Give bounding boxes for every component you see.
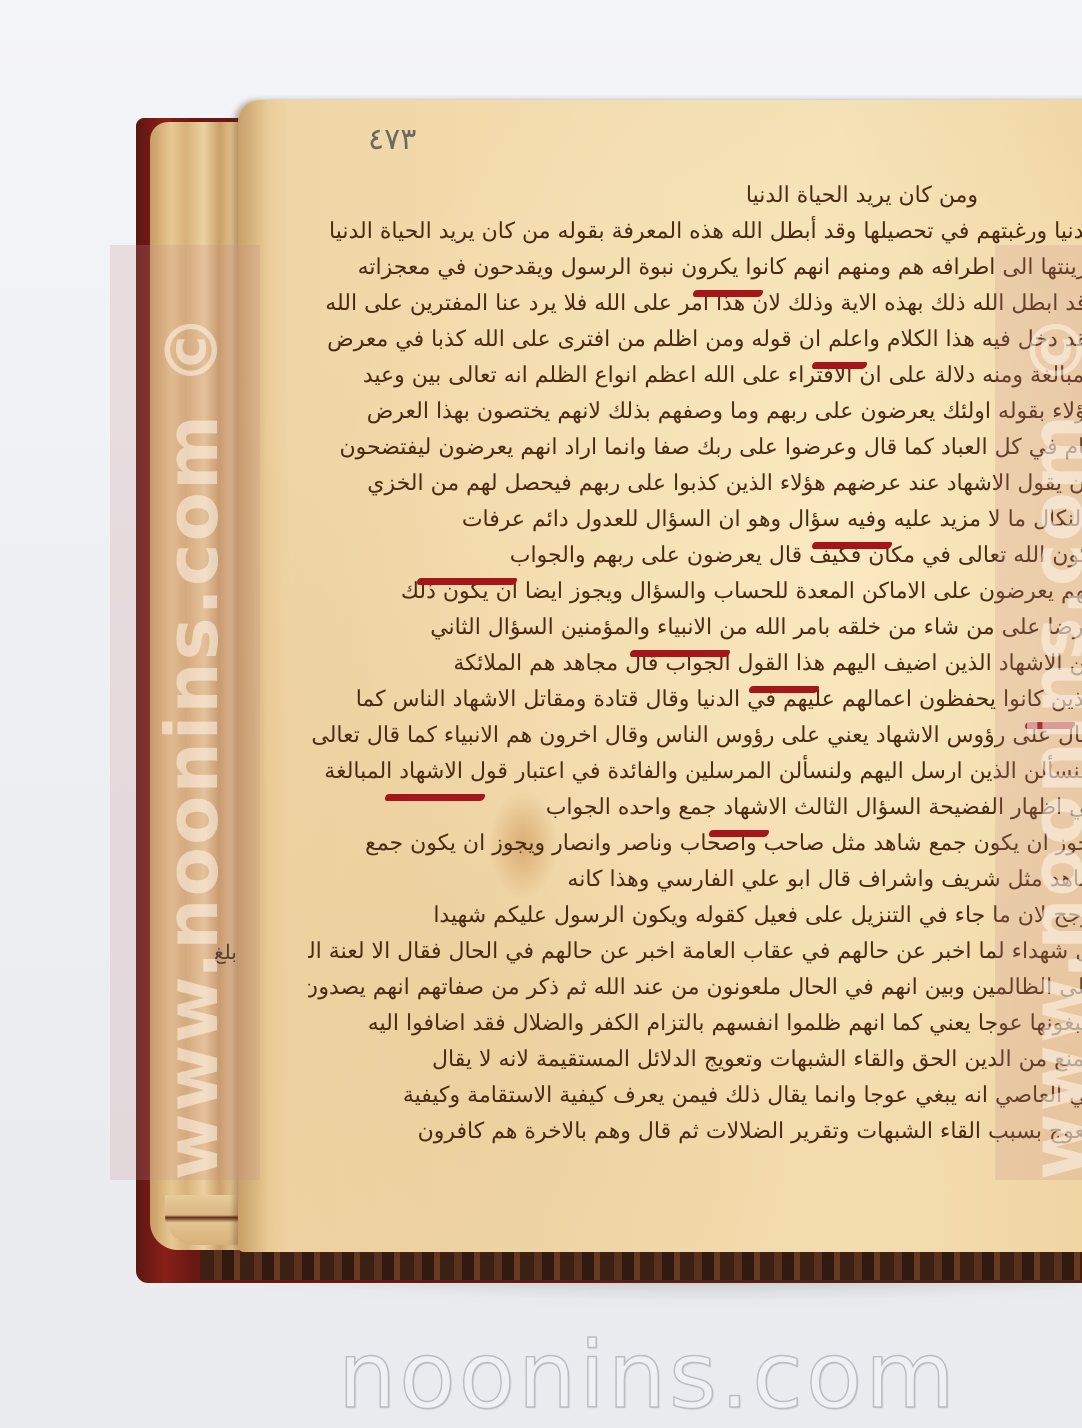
manuscript-line: والنكال ما لا مزيد عليه وفيه سؤال وهو ان… xyxy=(308,502,1082,538)
manuscript-line: المنع من الدين الحق والقاء الشبهات وتعوي… xyxy=(308,1042,1082,1078)
manuscript-line: يقال على رؤوس الاشهاد يعني على رؤوس النا… xyxy=(308,718,1082,754)
manuscript-line: من الاشهاد الذين اضيف اليهم هذا القول ال… xyxy=(308,646,1082,682)
manuscript-line: شاهد مثل شريف واشراف قال ابو علي الفارسي… xyxy=(308,862,1082,898)
rubric-overline xyxy=(630,650,730,657)
manuscript-line: الذين كانوا يحفظون اعمالهم عليهم في الدن… xyxy=(308,682,1082,718)
manuscript-line: انهم يعرضون على الاماكن المعدة للحساب وا… xyxy=(308,574,1082,610)
manuscript-line: يجوز ان يكون جمع شاهد مثل صاحب واصحاب ون… xyxy=(308,826,1082,862)
manuscript-line: بان يقول الاشهاد عند عرضهم هؤلاء الذين ك… xyxy=(308,466,1082,502)
rubric-overline xyxy=(385,794,485,801)
manuscript-line: العوج بسبب القاء الشبهات وتقرير الضلالات… xyxy=(308,1114,1082,1150)
watermark-strip-left: www.noonins.com © xyxy=(110,245,260,1180)
manuscript-line: ارجح لان ما جاء في التنزيل على فعيل كقول… xyxy=(308,898,1082,934)
manuscript-line: ويبغونها عوجا يعني كما انهم ظلموا انفسهم… xyxy=(308,1006,1082,1042)
folio-number: ٤٧٣ xyxy=(368,122,416,157)
manuscript-line: هؤلاء بقوله اولئك يعرضون على ربهم وما وص… xyxy=(308,394,1082,430)
manuscript-line: الدنيا ورغبتهم في تحصيلها وقد أبطل الله … xyxy=(308,214,1082,250)
rubric-overline xyxy=(693,290,763,297)
rubric-overline xyxy=(812,542,892,549)
manuscript-line: بل شهداء لما اخبر عن حالهم في عقاب العام… xyxy=(308,934,1082,970)
manuscript-line: وقد ابطل الله ذلك بهذه الاية وذلك لان هذ… xyxy=(308,286,1082,322)
manuscript-line: على الظالمين وبين انهم في الحال ملعونون … xyxy=(308,970,1082,1006)
manuscript-page: ٤٧٣ بلغ ومن كان يريد الحياة الدنياالدنيا… xyxy=(238,100,1082,1252)
watermark-bottom: noonins.com xyxy=(338,1322,958,1428)
manuscript-text-block: ومن كان يريد الحياة الدنياالدنيا ورغبتهم… xyxy=(308,178,1082,1150)
watermark-right-text: www.noonins.com © xyxy=(1015,312,1082,1180)
rubric-overline xyxy=(812,362,867,369)
manuscript-line: فلنسألن الذين ارسل اليهم ولنسألن المرسلي… xyxy=(308,754,1082,790)
rubric-overline xyxy=(709,830,769,837)
rubric-overline xyxy=(417,578,517,585)
rubric-overline xyxy=(749,686,819,693)
manuscript-line: عام في كل العباد كما قال وعرضوا على ربك … xyxy=(308,430,1082,466)
manuscript-line: المبالغة ومنه دلالة على ان الافتراء على … xyxy=(308,358,1082,394)
manuscript-line: عرضا على من شاء من خلقه بامر الله من الا… xyxy=(308,610,1082,646)
manuscript-line: ومن كان يريد الحياة الدنيا xyxy=(308,178,978,214)
manuscript-line: فقد دخل فيه هذا الكلام واعلم ان قوله ومن… xyxy=(308,322,1082,358)
manuscript-line: في العاصي انه يبغي عوجا وانما يقال ذلك ف… xyxy=(308,1078,1082,1114)
watermark-left-text: www.noonins.com © xyxy=(150,312,234,1180)
manuscript-line: وزينتها الى اطرافه هم ومنهم انهم كانوا ي… xyxy=(308,250,1082,286)
manuscript-line: يكون الله تعالى في مكان فكيف قال يعرضون … xyxy=(308,538,1082,574)
manuscript-line: في اظهار الفضيحة السؤال الثالث الاشهاد ج… xyxy=(308,790,1082,826)
watermark-strip-right: www.noonins.com © xyxy=(995,245,1082,1180)
